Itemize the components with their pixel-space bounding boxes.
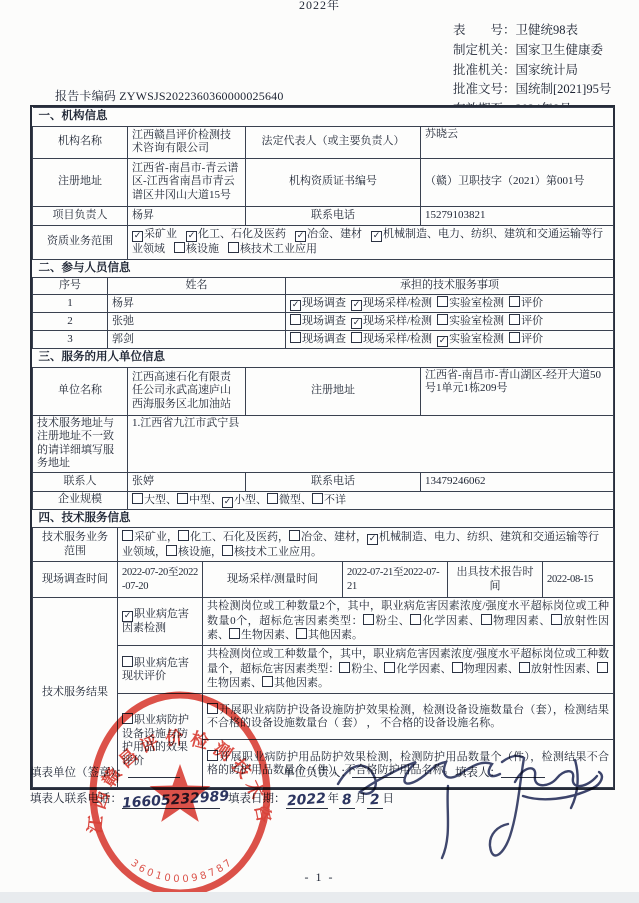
- checkbox-label: 粉尘、: [375, 615, 410, 627]
- unchecked-checkbox-icon: [509, 314, 520, 325]
- checkbox-label: 不详: [324, 494, 346, 506]
- checkbox-label: 化工、石化及医药，: [190, 531, 289, 543]
- checkbox-item: ✓冶金、建材: [295, 228, 362, 240]
- unchecked-checkbox-icon: [174, 242, 185, 253]
- checkbox-label: 大型、: [144, 494, 177, 506]
- unit-reg-address-label: 注册地址: [246, 367, 421, 415]
- checked-checkbox-icon: ✓: [186, 231, 197, 242]
- checkbox-label: 化工、石化及医药: [198, 228, 286, 240]
- checkbox-item: 放射性因素、: [519, 663, 597, 675]
- org-phone-value: 15279103821: [421, 206, 614, 225]
- section3-title: 三、服务的用人单位信息: [33, 349, 614, 367]
- unchecked-checkbox-icon: [132, 493, 143, 504]
- checkbox-item: 不详: [312, 494, 346, 506]
- meta-line-approving-agency: 批准机关：国家统计局: [453, 61, 611, 81]
- unchecked-checkbox-icon: [481, 614, 492, 625]
- checkbox-label: 现场采样/检测: [363, 315, 432, 327]
- checkbox-item: 大型、: [132, 494, 177, 506]
- cert-no-label: 机构资质证书编号: [246, 158, 421, 206]
- person-name: 张弛: [108, 313, 286, 331]
- unchecked-checkbox-icon: [597, 662, 608, 673]
- checkbox-item: 职业病危害现状评价: [122, 657, 189, 683]
- scanned-form-page: 2022年 表 号：卫健统98表 制定机关：国家卫生健康委 批准机关：国家统计局…: [0, 0, 639, 903]
- checked-checkbox-icon: ✓: [295, 231, 306, 242]
- unit-phone-value: 13479246062: [421, 472, 614, 491]
- meta-line-issuing-agency: 制定机关：国家卫生健康委: [453, 41, 611, 61]
- contact-value: 张婷: [128, 472, 246, 491]
- report-time-label: 出具技术报告时间: [448, 562, 543, 598]
- org-name-label: 机构名称: [33, 126, 128, 158]
- checked-checkbox-icon: ✓: [367, 534, 378, 545]
- person-num: 3: [33, 331, 108, 349]
- unchecked-checkbox-icon: [122, 530, 133, 541]
- result-status-evaluation-text: 共检测岗位或工种数量个，其中，职业病危害因素浓度/强度水平超标岗位或工种数量个，…: [203, 646, 614, 694]
- service-address-value: 1.江西省九江市武宁县: [128, 415, 614, 472]
- company-seal-stamp: 江西赣昌评价检测技术咨询有限公司 3601000987876: [86, 688, 274, 898]
- reg-address-label: 注册地址: [33, 158, 128, 206]
- checked-checkbox-icon: ✓: [290, 300, 301, 311]
- unchecked-checkbox-icon: [229, 628, 240, 639]
- report-time-value: 2022-08-15: [543, 562, 614, 598]
- section1-org-info: 一、机构信息 机构名称 江西赣昌评价检测技术咨询有限公司 法定代表人（或主要负责…: [32, 107, 614, 260]
- checkbox-label: 现场调查: [302, 315, 346, 327]
- personnel-row: 1 杨昇 ✓现场调查✓现场采样/检测实验室检测评价: [33, 295, 614, 313]
- checkbox-item: ✓小型、: [222, 494, 267, 506]
- person-name: 郭剑: [108, 331, 286, 349]
- checkbox-label: 物理因素、: [464, 663, 519, 675]
- unchecked-checkbox-icon: [437, 296, 448, 307]
- org-name-value: 江西赣昌评价检测技术咨询有限公司: [128, 126, 246, 158]
- checkbox-label: 微型、: [279, 494, 312, 506]
- unchecked-checkbox-icon: [437, 314, 448, 325]
- checkbox-item: ✓职业病危害因素检测: [122, 608, 189, 634]
- unchecked-checkbox-icon: [384, 662, 395, 673]
- checkbox-item: 采矿业，: [122, 531, 178, 543]
- section1-title: 一、机构信息: [33, 108, 614, 127]
- unchecked-checkbox-icon: [519, 662, 530, 673]
- checkbox-label: 现场采样/检测: [363, 333, 432, 345]
- checked-checkbox-icon: ✓: [371, 231, 382, 242]
- top-year-label: 2022年: [0, 0, 639, 13]
- cert-no-value: （赣）卫职技字（2021）第001号: [421, 158, 614, 206]
- checkbox-label: 化学因素、: [422, 615, 480, 627]
- enterprise-scale-checkboxes: 大型、中型、✓小型、微型、不详: [128, 491, 614, 509]
- service-scope-label: 技术服务业务范围: [33, 528, 118, 562]
- unchecked-checkbox-icon: [351, 332, 362, 343]
- checkbox-label: 核技术工业应用: [240, 243, 317, 255]
- person-num: 2: [33, 313, 108, 331]
- personnel-row: 3 郭剑 现场调查现场采样/检测✓实验室检测评价: [33, 331, 614, 349]
- service-address-label: 技术服务地址与注册地址不一致的请详细填写服务地址: [33, 415, 128, 472]
- sampling-time-value: 2022-07-21至2022-07-21: [343, 562, 448, 598]
- legal-rep-label: 法定代表人（或主要负责人）: [246, 126, 421, 158]
- checkbox-item: 评价: [509, 315, 543, 327]
- checkbox-item: 评价: [509, 333, 543, 345]
- checkbox-label: 核技术工业应用。: [234, 546, 322, 558]
- unchecked-checkbox-icon: [312, 493, 323, 504]
- meta-line-form-number: 表 号：卫健统98表: [453, 21, 611, 41]
- checked-checkbox-icon: ✓: [132, 231, 143, 242]
- unchecked-checkbox-icon: [177, 493, 188, 504]
- personnel-row: 2 张弛 现场调查✓现场采样/检测实验室检测评价: [33, 313, 614, 331]
- reg-address-value: 江西省-南昌市-青云谱区-江西省南昌市青云谱区井冈山大道15号: [128, 158, 246, 206]
- checkbox-item: 实验室检测: [437, 297, 504, 309]
- qual-scope-label: 资质业务范围: [33, 225, 128, 259]
- project-leader-label: 项目负责人: [33, 206, 128, 225]
- unchecked-checkbox-icon: [166, 545, 177, 556]
- checkbox-item: 粉尘、: [363, 615, 410, 627]
- checkbox-item: 生物因素、: [229, 629, 296, 641]
- checkbox-item: ✓现场调查: [290, 297, 346, 309]
- unchecked-checkbox-icon: [410, 614, 421, 625]
- checkbox-label: 冶金、建材: [307, 228, 362, 240]
- checkbox-label: 物理因素、: [493, 615, 551, 627]
- person-services-checkboxes: 现场调查✓现场采样/检测实验室检测评价: [286, 313, 614, 331]
- person-services-checkboxes: 现场调查现场采样/检测✓实验室检测评价: [286, 331, 614, 349]
- checkbox-label: 评价: [521, 297, 543, 309]
- col-header-num: 序号: [33, 278, 108, 295]
- section2-personnel: 二、参与人员信息 序号 姓名 承担的技术服务事项 1 杨昇 ✓现场调查✓现场采样…: [32, 260, 614, 350]
- contact-label: 联系人: [33, 472, 128, 491]
- unchecked-checkbox-icon: [339, 662, 350, 673]
- enterprise-scale-label: 企业规模: [33, 491, 128, 509]
- checked-checkbox-icon: ✓: [122, 611, 133, 622]
- checkbox-item: 中型、: [177, 494, 222, 506]
- unchecked-checkbox-icon: [262, 676, 273, 687]
- checkbox-item: 化学因素、: [410, 615, 480, 627]
- unchecked-checkbox-icon: [551, 614, 562, 625]
- service-scope-checkboxes: 采矿业，化工、石化及医药，冶金、建材，✓机械制造、电力、纺织、建筑和交通运输等行…: [118, 528, 614, 562]
- checkbox-label: 放射性因素、: [531, 663, 597, 675]
- result-hazard-detection-text: 共检测岗位或工种数量2个，其中，职业病危害因素浓度/强度水平超标岗位或工种数量0…: [203, 598, 614, 646]
- checkbox-item: ✓现场采样/检测: [351, 315, 432, 327]
- unchecked-checkbox-icon: [290, 332, 301, 343]
- unchecked-checkbox-icon: [290, 314, 301, 325]
- org-phone-label: 联系电话: [246, 206, 421, 225]
- unchecked-checkbox-icon: [363, 614, 374, 625]
- checkbox-item: 冶金、建材，: [289, 531, 367, 543]
- checkbox-item: 其他因素。: [296, 629, 363, 641]
- svg-text:江西赣昌评价检测技术咨询有限公司: 江西赣昌评价检测技术咨询有限公司: [86, 688, 274, 834]
- checkbox-label: 其他因素。: [308, 629, 363, 641]
- checkbox-label: 实验室检测: [449, 315, 504, 327]
- checkbox-label: 核设施，: [178, 546, 222, 558]
- col-header-name: 姓名: [108, 278, 286, 295]
- checkbox-label: 现场采样/检测: [363, 297, 432, 309]
- checkbox-item: 实验室检测: [437, 315, 504, 327]
- page-number: - 1 -: [0, 870, 639, 885]
- checkbox-item: 核技术工业应用。: [222, 546, 322, 558]
- checkbox-item: 核技术工业应用: [228, 243, 317, 255]
- checkbox-item: ✓化工、石化及医药: [186, 228, 286, 240]
- sampling-time-label: 现场采样/测量时间: [203, 562, 343, 598]
- checkbox-item: 物理因素、: [481, 615, 551, 627]
- checkbox-label: 采矿业: [144, 228, 177, 240]
- checkbox-label: 小型、: [234, 494, 267, 506]
- scan-edge-shadow: [0, 892, 639, 903]
- survey-time-value: 2022-07-20至2022-07-20: [118, 562, 203, 598]
- checkbox-item: 评价: [509, 297, 543, 309]
- checkbox-label: 现场调查: [302, 297, 346, 309]
- person-name: 杨昇: [108, 295, 286, 313]
- checkbox-item: 现场调查: [290, 333, 346, 345]
- checkbox-label: 中型、: [189, 494, 222, 506]
- checkbox-item: 物理因素、: [452, 663, 519, 675]
- checkbox-item: 现场采样/检测: [351, 333, 432, 345]
- unchecked-checkbox-icon: [509, 332, 520, 343]
- checked-checkbox-icon: ✓: [351, 300, 362, 311]
- survey-time-label: 现场调查时间: [33, 562, 118, 598]
- unit-reg-address-value: 江西省-南昌市-青山湖区-经开大道50号1单元1栋209号: [421, 367, 614, 415]
- checkbox-item: ✓实验室检测: [437, 333, 504, 345]
- checkbox-label: 评价: [521, 333, 543, 345]
- legal-rep-value: 苏晓云: [421, 126, 614, 158]
- checkbox-item: ✓现场采样/检测: [351, 297, 432, 309]
- qual-scope-checkboxes: ✓采矿业✓化工、石化及医药✓冶金、建材✓机械制造、电力、纺织、建筑和交通运输等行…: [128, 225, 614, 259]
- unchecked-checkbox-icon: [228, 242, 239, 253]
- checkbox-label: 采矿业，: [134, 531, 178, 543]
- handwritten-year: 2022: [287, 794, 327, 807]
- unit-name-value: 江西高速石化有限责任公司永武高速庐山西海服务区北加油站: [128, 367, 246, 415]
- section4-title: 四、技术服务信息: [33, 510, 614, 528]
- unchecked-checkbox-icon: [222, 545, 233, 556]
- unchecked-checkbox-icon: [178, 530, 189, 541]
- checkbox-item: 核设施: [174, 243, 219, 255]
- checkbox-item: ✓采矿业: [132, 228, 177, 240]
- checkbox-item: 微型、: [267, 494, 312, 506]
- checkbox-item: 化工、石化及医药，: [178, 531, 289, 543]
- checkbox-label: 其他因素。: [274, 677, 329, 689]
- checkbox-label: 实验室检测: [449, 333, 504, 345]
- checked-checkbox-icon: ✓: [437, 336, 448, 347]
- checkbox-label: 冶金、建材，: [301, 531, 367, 543]
- unchecked-checkbox-icon: [122, 656, 133, 667]
- seal-star-icon: [150, 764, 211, 822]
- result-status-evaluation-checkbox: 职业病危害现状评价: [118, 646, 203, 694]
- checkbox-label: 核设施: [186, 243, 219, 255]
- seal-company-name: 江西赣昌评价检测技术咨询有限公司: [86, 688, 274, 834]
- unchecked-checkbox-icon: [509, 296, 520, 307]
- unchecked-checkbox-icon: [289, 530, 300, 541]
- result-hazard-detection-checkbox: ✓职业病危害因素检测: [118, 598, 203, 646]
- meta-line-approval-doc: 批准文号：国统制[2021]95号: [453, 80, 611, 100]
- checkbox-item: 核设施，: [166, 546, 222, 558]
- unchecked-checkbox-icon: [267, 493, 278, 504]
- unit-phone-label: 联系电话: [246, 472, 421, 491]
- checkbox-label: 粉尘、: [351, 663, 384, 675]
- checkbox-item: 粉尘、: [339, 663, 384, 675]
- checkbox-item: 现场调查: [290, 315, 346, 327]
- checkbox-label: 现场调查: [302, 333, 346, 345]
- unit-name-label: 单位名称: [33, 367, 128, 415]
- checkbox-label: 评价: [521, 315, 543, 327]
- checked-checkbox-icon: ✓: [351, 318, 362, 329]
- checkbox-label: 生物因素、: [241, 629, 296, 641]
- checked-checkbox-icon: ✓: [222, 497, 233, 508]
- checkbox-label: 化学因素、: [396, 663, 451, 675]
- checkbox-label: 实验室检测: [449, 297, 504, 309]
- person-num: 1: [33, 295, 108, 313]
- section2-title: 二、参与人员信息: [33, 260, 614, 278]
- unchecked-checkbox-icon: [452, 662, 463, 673]
- section3-employer-info: 三、服务的用人单位信息 单位名称 江西高速石化有限责任公司永武高速庐山西海服务区…: [32, 349, 614, 510]
- checkbox-item: 化学因素、: [384, 663, 451, 675]
- col-header-services: 承担的技术服务事项: [286, 278, 614, 295]
- person-services-checkboxes: ✓现场调查✓现场采样/检测实验室检测评价: [286, 295, 614, 313]
- unchecked-checkbox-icon: [296, 628, 307, 639]
- report-card-code: 报告卡编码 ZYWSJS2022360360000025640: [55, 87, 284, 104]
- project-leader-value: 杨昇: [128, 206, 246, 225]
- form-filler-signature: [505, 748, 617, 820]
